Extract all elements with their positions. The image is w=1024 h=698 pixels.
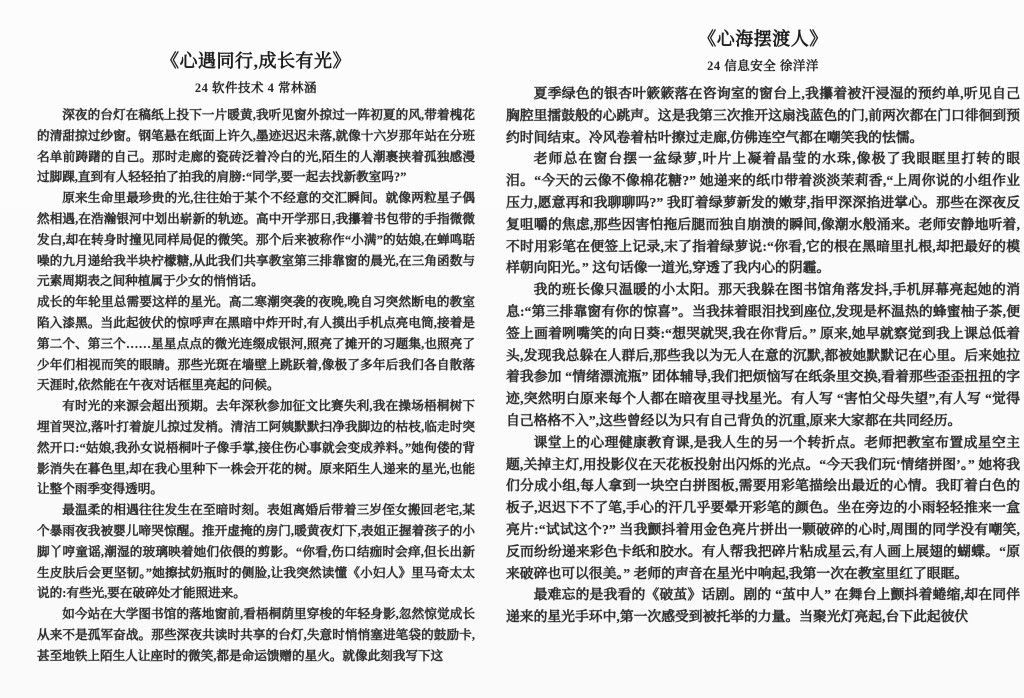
essay-left-body: 深夜的台灯在稿纸上投下一片暖黄,我听见窗外掠过一阵初夏的风,带着槐花的清甜掠过纱… [37,105,475,667]
essay-paragraph: 成长的年轮里总需要这样的星光。高二寒潮突袭的夜晚,晚自习突然断电的教室陷入漆黑。… [37,292,475,396]
essay-paragraph: 如今站在大学图书馆的落地窗前,看梧桐荫里穿梭的年轻身影,忽然惊觉成长从来不是孤军… [37,604,475,666]
essay-paragraph: 老师总在窗台摆一盆绿萝,叶片上凝着晶莹的水珠,像极了我眼眶里打转的眼泪。“今天的… [506,148,1020,279]
essay-paragraph: 最温柔的相遇往往发生在至暗时刻。表姐离婚后带着三岁侄女搬回老宅,某个暴雨夜我被婴… [37,500,475,604]
document-canvas: 《心遇同行,成长有光》 24 软件技术 4 常林涵 深夜的台灯在稿纸上投下一片暖… [0,0,1024,698]
essay-right: 《心海摆渡人》 24 信息安全 徐洋洋 夏季绿色的银杏叶簌簌落在咨询室的窗台上,… [506,28,1020,628]
essay-paragraph: 课堂上的心理健康教育课,是我人生的另一个转折点。老师把教室布置成星空主题,关掉主… [506,432,1020,585]
essay-paragraph: 最难忘的是我看的《破茧》话剧。剧的 “茧中人” 在舞台上颤抖着蜷缩,却在同伴递来… [506,584,1020,628]
essay-left-title: 《心遇同行,成长有光》 [37,50,475,73]
essay-left: 《心遇同行,成长有光》 24 软件技术 4 常林涵 深夜的台灯在稿纸上投下一片暖… [37,50,475,667]
essay-left-byline: 24 软件技术 4 常林涵 [37,81,475,96]
essay-paragraph: 深夜的台灯在稿纸上投下一片暖黄,我听见窗外掠过一阵初夏的风,带着槐花的清甜掠过纱… [37,105,475,188]
essay-paragraph: 夏季绿色的银杏叶簌簌落在咨询室的窗台上,我攥着被汗浸湿的预约单,听见自己胸腔里擂… [506,83,1020,148]
essay-paragraph: 有时光的来源会超出预期。去年深秋参加征文比赛失利,我在操场梧桐树下埋首哭泣,落叶… [37,396,475,500]
essay-paragraph: 原来生命里最珍贵的光,往往始于某个不经意的交汇瞬间。就像两粒星子偶然相遇,在浩瀚… [37,188,475,292]
essay-right-byline: 24 信息安全 徐洋洋 [506,59,1020,74]
essay-paragraph: 我的班长像只温暖的小太阳。那天我躲在图书馆角落发抖,手机屏幕亮起她的消息:“第三… [506,279,1020,432]
essay-right-body: 夏季绿色的银杏叶簌簌落在咨询室的窗台上,我攥着被汗浸湿的预约单,听见自己胸腔里擂… [506,83,1020,628]
essay-right-title: 《心海摆渡人》 [506,28,1020,51]
